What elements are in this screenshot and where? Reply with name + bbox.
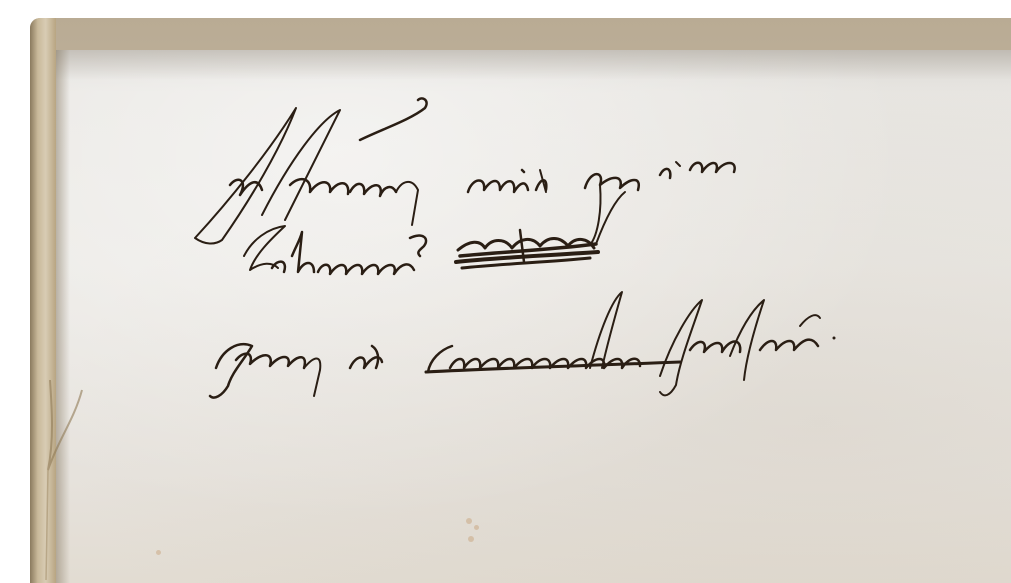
foxing-spot xyxy=(468,536,474,542)
paper-fold-crease xyxy=(44,380,84,580)
foxing-spot xyxy=(466,518,472,524)
manuscript-photo: Jn Gaspary emit pretio Libram [illegible… xyxy=(0,0,1011,583)
paper-leaf xyxy=(56,50,1011,583)
foxing-spot xyxy=(156,550,161,555)
foxing-spot xyxy=(474,525,479,530)
